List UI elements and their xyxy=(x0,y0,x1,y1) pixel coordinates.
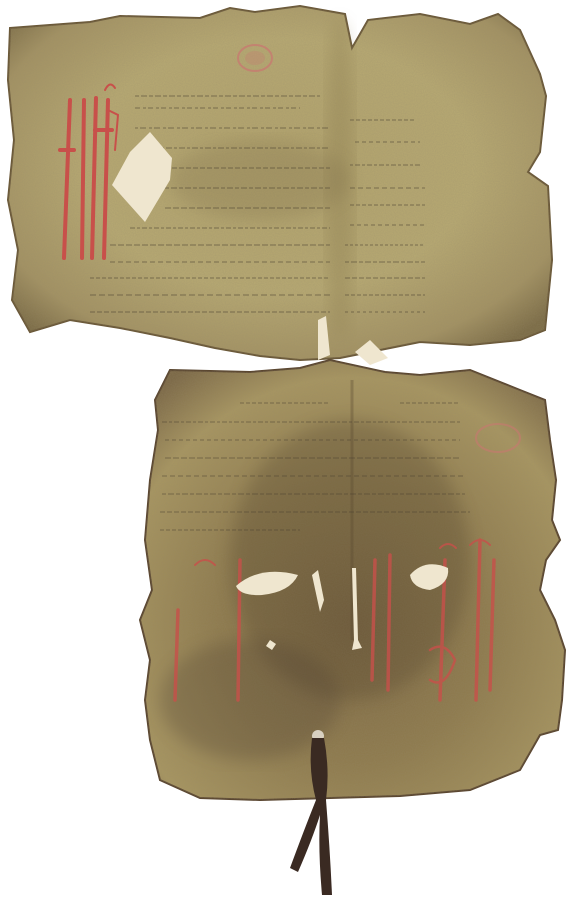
manuscript-svg xyxy=(0,0,580,900)
upper-sheet xyxy=(8,6,552,365)
manuscript-photo xyxy=(0,0,580,900)
lower-sheet xyxy=(140,360,565,800)
